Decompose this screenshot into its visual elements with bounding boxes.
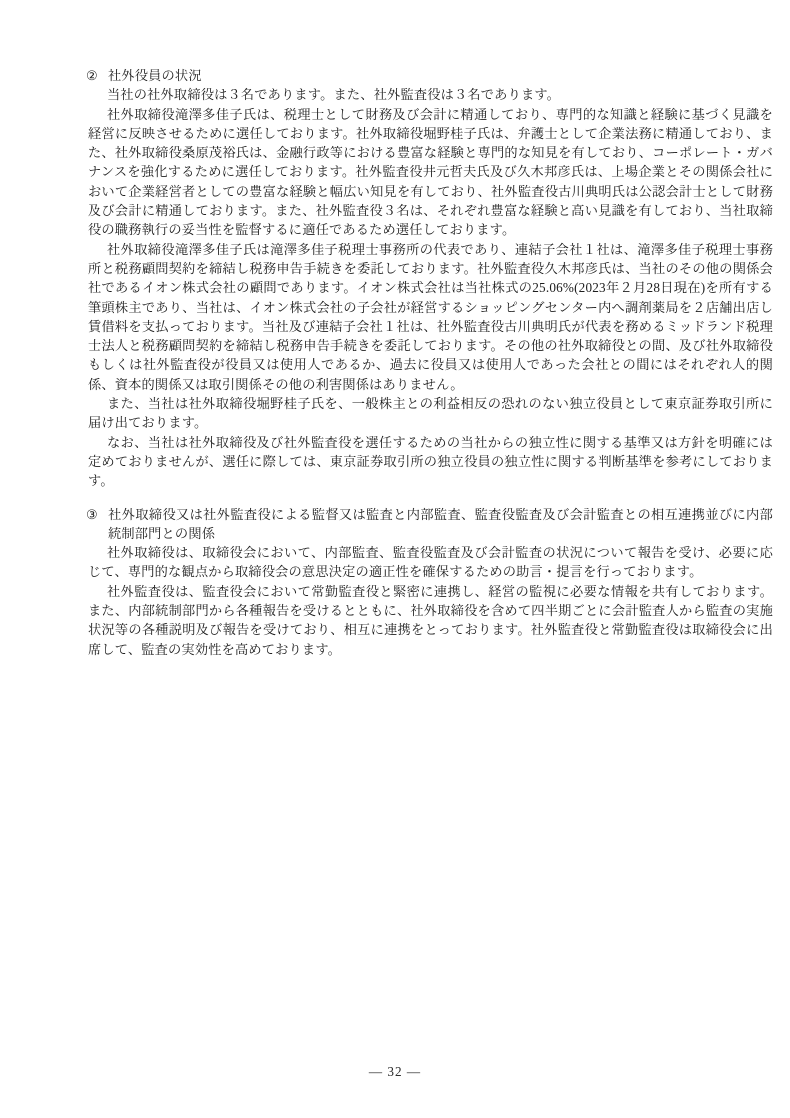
paragraph: また、当社は社外取締役堀野桂子氏を、一般株主との利益相反の恐れのない独立役員とし… <box>88 394 773 433</box>
document-page: ②社外役員の状況 当社の社外取締役は３名であります。また、社外監査役は３名であり… <box>0 0 790 1118</box>
paragraph: 当社の社外取締役は３名であります。また、社外監査役は３名であります。 <box>88 85 773 104</box>
section-marker: ③ <box>86 505 108 524</box>
paragraph: 社外取締役滝澤多佳子氏は、税理士として財務及び会計に精通しており、専門的な知識と… <box>88 105 773 240</box>
section-marker: ② <box>86 66 108 85</box>
section-body: 当社の社外取締役は３名であります。また、社外監査役は３名であります。 社外取締役… <box>88 85 773 490</box>
section-heading-text: 社外役員の状況 <box>108 68 202 83</box>
section-outside-officers: ②社外役員の状況 当社の社外取締役は３名であります。また、社外監査役は３名であり… <box>86 66 773 491</box>
section-heading-text: 社外取締役又は社外監査役による監督又は監査と内部監査、監査役監査及び会計監査との… <box>108 507 773 541</box>
paragraph: なお、当社は社外取締役及び社外監査役を選任するための当社からの独立性に関する基準… <box>88 433 773 491</box>
document-content: ②社外役員の状況 当社の社外取締役は３名であります。また、社外監査役は３名であり… <box>86 66 773 659</box>
paragraph: 社外監査役は、監査役会において常勤監査役と緊密に連携し、経営の監視に必要な情報を… <box>88 582 773 659</box>
section-heading: ②社外役員の状況 <box>86 66 773 85</box>
section-cooperation-internal-control: ③社外取締役又は社外監査役による監督又は監査と内部監査、監査役監査及び会計監査と… <box>86 505 773 659</box>
section-heading: ③社外取締役又は社外監査役による監督又は監査と内部監査、監査役監査及び会計監査と… <box>86 505 773 544</box>
paragraph: 社外取締役は、取締役会において、内部監査、監査役監査及び会計監査の状況について報… <box>88 543 773 582</box>
paragraph: 社外取締役滝澤多佳子氏は滝澤多佳子税理士事務所の代表であり、連結子会社１社は、滝… <box>88 240 773 394</box>
page-number: ― 32 ― <box>0 1064 790 1080</box>
section-body: 社外取締役は、取締役会において、内部監査、監査役監査及び会計監査の状況について報… <box>88 543 773 659</box>
